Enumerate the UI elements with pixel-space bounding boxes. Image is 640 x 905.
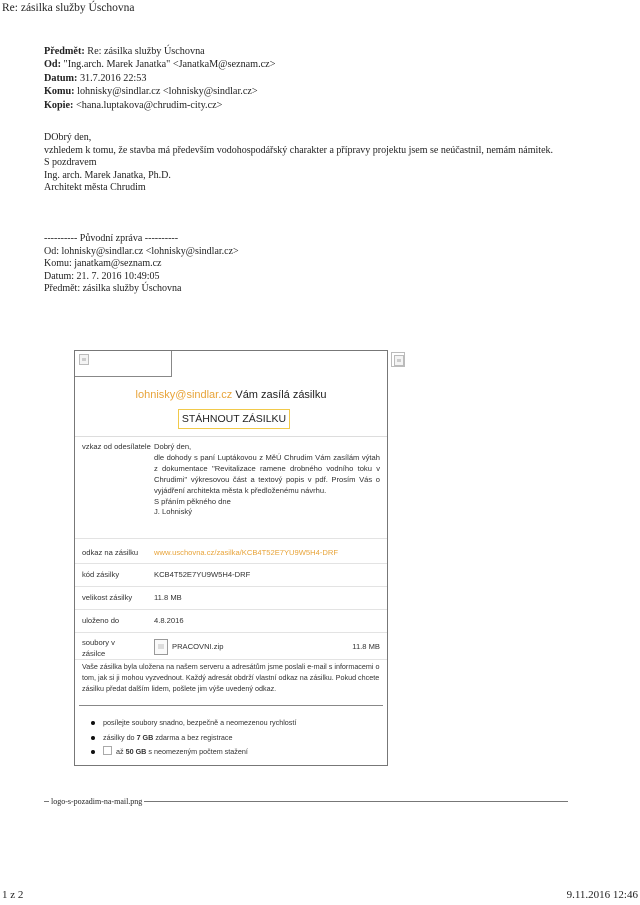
original-separator: ---------- Původní zpráva ---------- xyxy=(44,233,239,246)
card-headline: lohnisky@sindlar.cz Vám zasílá zásilku xyxy=(75,389,387,401)
broken-image-icon xyxy=(394,355,404,366)
reply-body: DObrý den, vzhledem k tomu, že stavba má… xyxy=(44,132,553,195)
sender-link[interactable]: lohnisky@sindlar.cz xyxy=(136,389,233,401)
list-item: až 50 GB s neomezeným počtem stažení xyxy=(91,745,296,760)
attachment-caption: logo-s-pozadim-na-mail.png xyxy=(44,797,568,806)
original-from: Od: lohnisky@sindlar.cz <lohnisky@sindla… xyxy=(44,246,239,259)
file-icon xyxy=(154,639,168,655)
list-item: zásilky do 7 GB zdarma a bez registrace xyxy=(91,731,296,746)
package-link[interactable]: www.uschovna.cz/zasilka/KCB4T52E7YU9W5H4… xyxy=(154,548,380,559)
info-text: Vaše zásilka byla uložena na našem serve… xyxy=(82,661,380,694)
logo-placeholder xyxy=(75,351,172,377)
original-to: Komu: janatkam@seznam.cz xyxy=(44,258,239,271)
original-message: ---------- Původní zpráva ---------- Od:… xyxy=(44,233,239,296)
print-timestamp: 9.11.2016 12:46 xyxy=(567,889,638,901)
stored-row: uloženo do 4.8.2016 xyxy=(75,609,387,633)
image-placeholder-icon xyxy=(103,746,112,755)
size-row: velikost zásilky 11.8 MB xyxy=(75,586,387,610)
feature-list: posílejte soubory snadno, bezpečně a neo… xyxy=(91,716,296,760)
uschovna-card: lohnisky@sindlar.cz Vám zasílá zásilku S… xyxy=(74,350,388,766)
original-date: Datum: 21. 7. 2016 10:49:05 xyxy=(44,271,239,284)
link-row: odkaz na zásilku www.uschovna.cz/zasilka… xyxy=(75,543,387,564)
page-number: 1 z 2 xyxy=(2,889,23,901)
code-row: kód zásilky KCB4T52E7YU9W5H4-DRF xyxy=(75,563,387,587)
message-row: vzkaz od odesílatele Dobrý den, dle doho… xyxy=(75,442,387,539)
from-line: Od: "Ing.arch. Marek Janatka" <JanatkaM@… xyxy=(44,58,275,71)
subject-line: Předmět: Re: zásilka služby Úschovna xyxy=(44,45,275,58)
closing: S pozdravem xyxy=(44,157,553,170)
email-header: Předmět: Re: zásilka služby Úschovna Od:… xyxy=(44,45,275,112)
download-button[interactable]: STÁHNOUT ZÁSILKU xyxy=(178,409,290,429)
broken-image-icon xyxy=(79,354,89,365)
divider xyxy=(75,436,387,437)
list-item: posílejte soubory snadno, bezpečně a neo… xyxy=(91,716,296,731)
cc-line: Kopie: <hana.luptakova@chrudim-city.cz> xyxy=(44,99,275,112)
reply-text: vzhledem k tomu, že stavba má především … xyxy=(44,145,553,158)
date-line: Datum: 31.7.2016 22:53 xyxy=(44,72,275,85)
greeting: DObrý den, xyxy=(44,132,553,145)
file-item[interactable]: PRACOVNI.zip 11.8 MB xyxy=(154,640,380,654)
broken-image-placeholder xyxy=(391,352,405,367)
files-row: soubory v zásilce PRACOVNI.zip 11.8 MB xyxy=(75,632,387,660)
to-line: Komu: lohnisky@sindlar.cz <lohnisky@sind… xyxy=(44,85,275,98)
attachment-filename[interactable]: logo-s-pozadim-na-mail.png xyxy=(51,797,142,806)
divider xyxy=(79,705,383,706)
signature-name: Ing. arch. Marek Janatka, Ph.D. xyxy=(44,170,553,183)
page-title: Re: zásilka služby Úschovna xyxy=(2,2,135,14)
signature-title: Architekt města Chrudim xyxy=(44,182,553,195)
original-subject: Předmět: zásilka služby Úschovna xyxy=(44,283,239,296)
